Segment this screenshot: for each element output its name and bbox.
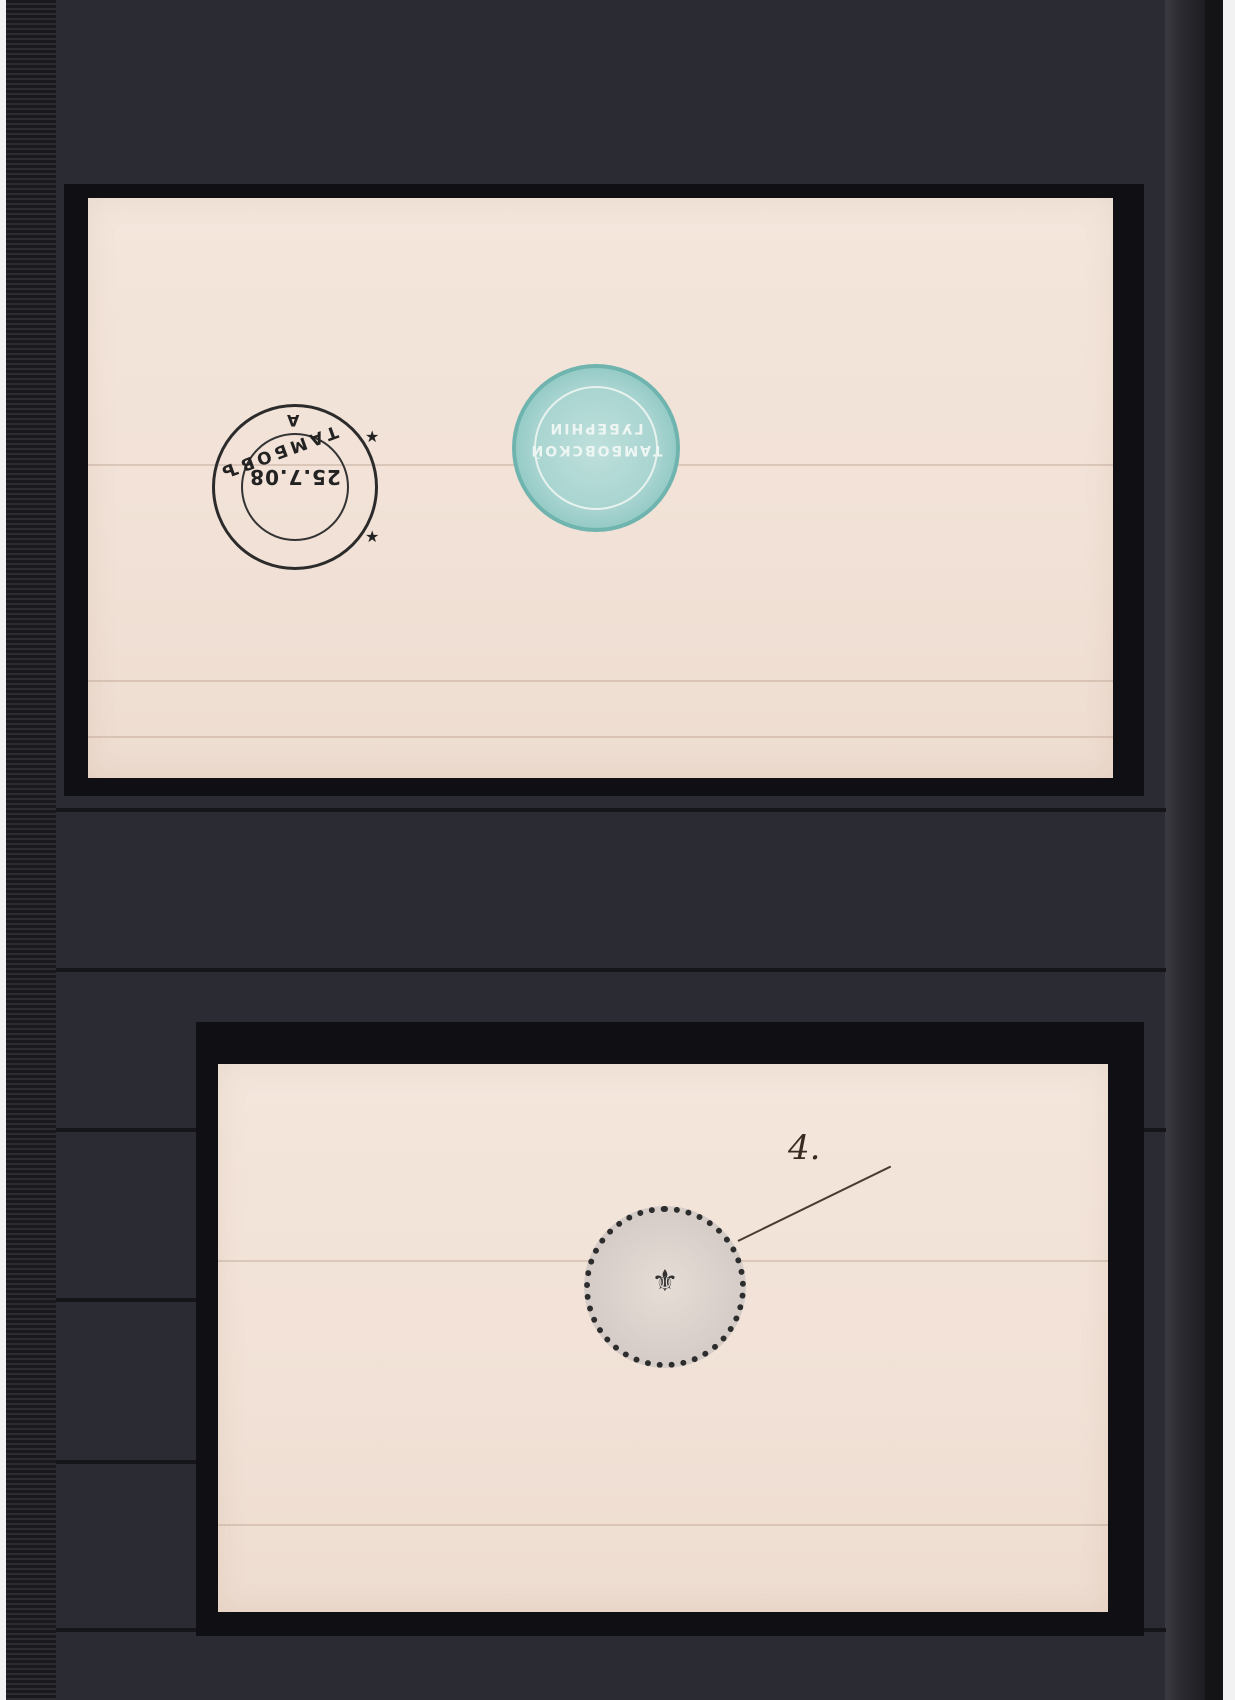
blue-official-seal: ГУБЕРНІИ ТАМБОВСКОЙ [512,364,680,532]
album-right-strip [1165,0,1205,1700]
star-icon: ★ [365,427,379,446]
stock-strip-line [56,808,1166,812]
album-binding [6,0,56,1700]
postmark-series: А [287,411,299,430]
fold-line [88,736,1113,738]
manuscript-mark: 4. [788,1128,820,1168]
fold-line [218,1524,1108,1526]
upper-cover: 25.7.08 ТАМБОВЪ ★ ★ А ГУБЕРНІИ ТАМБОВСКО… [88,198,1113,778]
stock-strip-line [56,1460,196,1464]
tambov-postmark: 25.7.08 ТАМБОВЪ ★ ★ А [212,404,378,570]
pen-stroke [738,1166,892,1242]
seal-text-line-2: ТАМБОВСКОЙ [516,442,676,458]
lower-cover: 4. ⚜ [218,1064,1108,1612]
star-icon: ★ [365,527,379,546]
seal-text-line-1: ГУБЕРНІИ [516,420,676,436]
seal-emblem-icon: ⚜ [635,1252,695,1312]
stock-strip-line [56,968,1166,972]
stock-strip-line [56,1298,196,1302]
album-right-edge [1205,0,1223,1700]
fold-line [88,680,1113,682]
black-wafer-seal: ⚜ [584,1206,746,1368]
